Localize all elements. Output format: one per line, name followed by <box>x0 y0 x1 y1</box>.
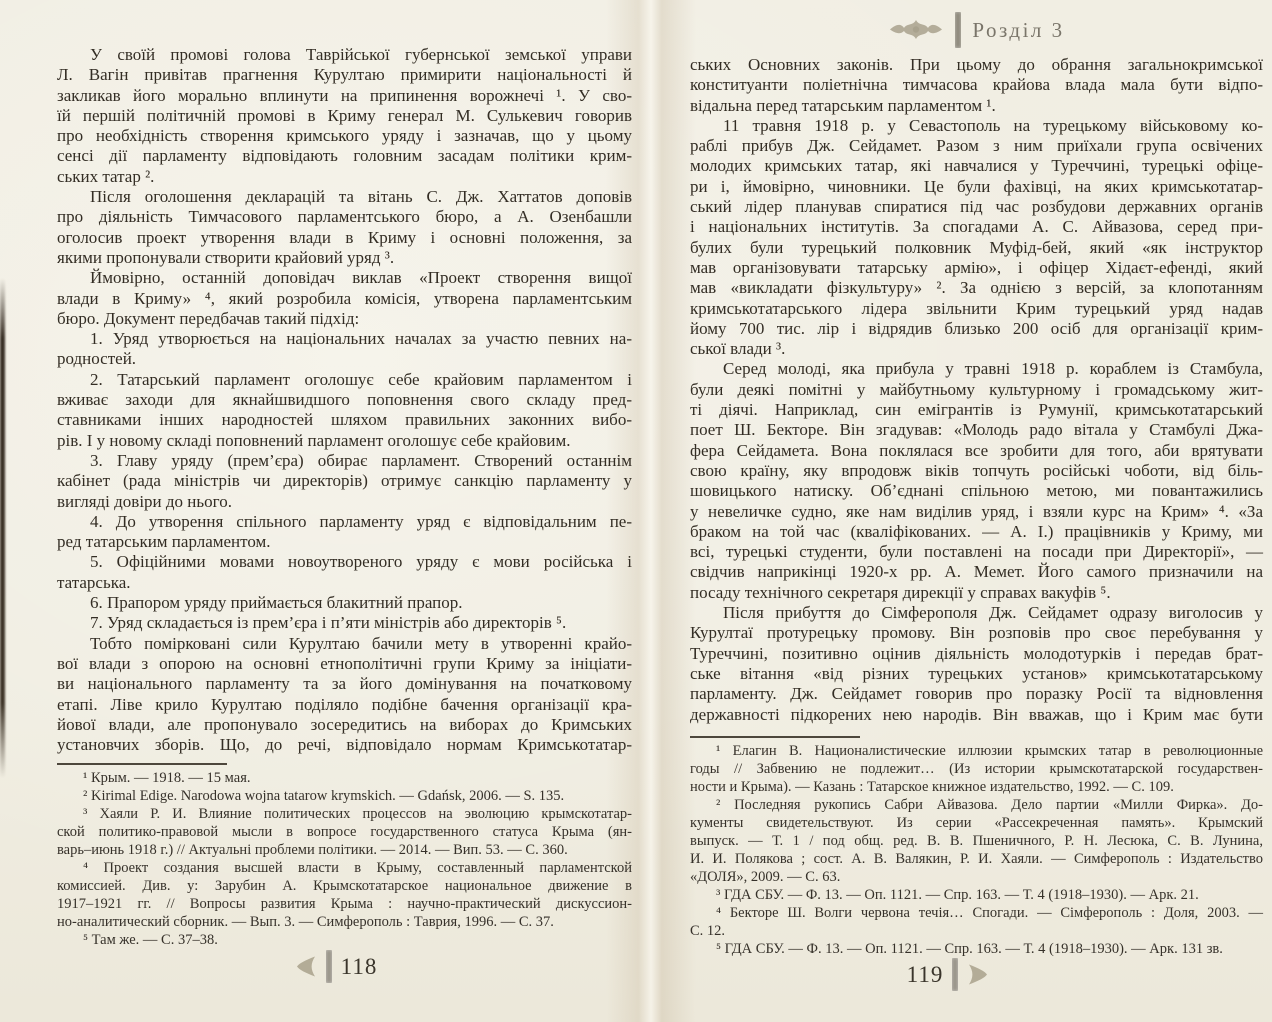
right-body-text: ських Основних законів. При цьому до обр… <box>690 55 1263 725</box>
text-line: шовицького натиску. Об’єднані спільною м… <box>690 481 1263 501</box>
text-line: но-аналитический сборник. — Вып. 3. — Си… <box>57 913 632 931</box>
text-line: установчих зборів. Що, до речі, відповід… <box>57 735 632 755</box>
text-line: ² Kirimal Edige. Narodowa wojna tatarow … <box>57 787 632 805</box>
text-line: ³ ГДА СБУ. — Ф. 13. — Оп. 1121. — Спр. 1… <box>690 886 1263 904</box>
vertical-bar-icon <box>955 12 961 48</box>
text-line: закликав його морально вплинути на припи… <box>57 86 632 106</box>
text-line: ське вітання «від різних турецьких устан… <box>690 664 1263 684</box>
text-line: Після оголошення декларацій та вітань С.… <box>57 187 632 207</box>
text-line: 1917–1921 гг. // Вопросы развития Крыма … <box>57 895 632 913</box>
text-line: ³ Хаяли Р. И. Влияние политических проце… <box>57 805 632 823</box>
text-line: свідчив наприкінці 1920-х рр. А. Мемет. … <box>690 562 1263 582</box>
text-line: державності підкорених нею народів. Він … <box>690 705 1263 725</box>
text-line: ¹ Крым. — 1918. — 15 мая. <box>57 769 632 787</box>
vertical-bar-icon <box>952 958 958 991</box>
text-line: ской политико-правовой мысли в вопросе г… <box>57 823 632 841</box>
text-line: 11 травня 1918 р. у Севастополь на турец… <box>690 116 1263 136</box>
paragraph: Тобто помірковані сили Курултаю бачили м… <box>57 634 632 756</box>
paragraph: ських Основних законів. При цьому до обр… <box>690 55 1263 116</box>
text-line: татарська. <box>57 573 632 593</box>
text-line: якими пропонували створити крайовий уряд… <box>57 248 632 268</box>
text-line: браком на той час (кваліфікованих. — А. … <box>690 522 1263 542</box>
text-line: И. И. Полякова ; сост. А. В. Валякин, Р.… <box>690 850 1263 868</box>
text-line: кабінет (рада міністрів чи директорів) о… <box>57 471 632 491</box>
text-line: всі, турецькі студенти, були поставлені … <box>690 542 1263 562</box>
paragraph: 1. Уряд утворюється на національних нача… <box>57 329 632 370</box>
text-line: ⁴ Проект создания высшей власти в Крыму,… <box>57 859 632 877</box>
paragraph: ⁵ Там же. — С. 37–38. <box>57 931 632 949</box>
text-line: ставниками інших народностей шляхом прав… <box>57 410 632 430</box>
text-line: парламенту. Дж. Сейдамет говорив про пор… <box>690 684 1263 704</box>
text-line: їй першій політичній промові в Криму ген… <box>57 106 632 126</box>
paragraph: ³ Хаяли Р. И. Влияние политических проце… <box>57 805 632 859</box>
text-line: ський лідер планував спиратися під час р… <box>690 197 1263 217</box>
paragraph: ¹ Елагин В. Националистические иллюзии к… <box>690 742 1263 796</box>
text-line: ри і, ймовірно, чиновники. Це були фахів… <box>690 177 1263 197</box>
text-line: ⁴ Бекторе Ш. Волги червона течія… Спогад… <box>690 904 1263 922</box>
left-footnotes: ¹ Крым. — 1918. — 15 мая.² Kirimal Edige… <box>57 769 632 949</box>
text-line: мав «викладати фізкультуру» ². За однією… <box>690 278 1263 298</box>
paragraph: ² Kirimal Edige. Narodowa wojna tatarow … <box>57 787 632 805</box>
text-line: С. 12. <box>690 922 1263 940</box>
text-line: выпуск. — Т. 1 / под общ. ред. В. В. Пше… <box>690 832 1263 850</box>
text-line: Л. Вагін привітав прагнення Курултаю при… <box>57 65 632 85</box>
paragraph: Після оголошення декларацій та вітань С.… <box>57 187 632 268</box>
text-line: оголосив проект утворення влади в Криму … <box>57 228 632 248</box>
text-line: ських Основних законів. При цьому до обр… <box>690 55 1263 75</box>
text-line: ської влади ³. <box>690 339 1263 359</box>
text-line: 3. Главу уряду (прем’єра) обирає парламе… <box>57 451 632 471</box>
text-line: ности и Крыма). — Казань : Татарское кни… <box>690 778 1263 796</box>
text-line: ті діячі. Наприклад, син емігрантів із Р… <box>690 400 1263 420</box>
left-page-footer: 118 <box>11 950 661 983</box>
text-line: відальна перед татарським парламентом ¹. <box>690 96 1263 116</box>
text-line: вигляді довіри до нього. <box>57 492 632 512</box>
text-line: ² Последняя рукопись Сабри Айвазова. Дел… <box>690 796 1263 814</box>
text-line: комиссией. Див. у: Зарубин А. Крымскотат… <box>57 877 632 895</box>
text-line: мав організовувати татарську армію», і о… <box>690 258 1263 278</box>
paragraph: 2. Татарський парламент оголошує себе кр… <box>57 370 632 451</box>
text-line: кримськотатарського лідера звільнити Кри… <box>690 299 1263 319</box>
text-line: свою країну, яку впродовж віків топчуть … <box>690 461 1263 481</box>
text-line: конституанти поліетнічна тимчасова крайо… <box>690 75 1263 95</box>
paragraph: ¹ Крым. — 1918. — 15 мая. <box>57 769 632 787</box>
paragraph: ³ ГДА СБУ. — Ф. 13. — Оп. 1121. — Спр. 1… <box>690 886 1263 904</box>
text-line: 6. Прапором уряду приймається блакитний … <box>57 593 632 613</box>
text-line: Курултаї протурецьку промову. Він розпов… <box>690 623 1263 643</box>
paragraph: 3. Главу уряду (прем’єра) обирає парламе… <box>57 451 632 512</box>
paragraph: ⁵ ГДА СБУ. — Ф. 13. — Оп. 1121. — Спр. 1… <box>690 940 1263 958</box>
paragraph: 6. Прапором уряду приймається блакитний … <box>57 593 632 613</box>
left-body-text: У своїй промові голова Таврійської губер… <box>57 45 632 755</box>
vertical-bar-icon <box>326 950 332 983</box>
text-line: Тобто помірковані сили Курултаю бачили м… <box>57 634 632 654</box>
paragraph: ² Последняя рукопись Сабри Айвазова. Дел… <box>690 796 1263 886</box>
text-line: родностей. <box>57 349 632 369</box>
leaf-arrow-right-icon <box>967 963 989 986</box>
text-line: раблі прибув Дж. Сейдамет. Разом з ним п… <box>690 136 1263 156</box>
paragraph: Серед молоді, яка прибула у травні 1918 … <box>690 359 1263 603</box>
page-right: Розділ 3 ських Основних законів. При цьо… <box>650 0 1272 1022</box>
text-line: 2. Татарський парламент оголошує себе кр… <box>57 370 632 390</box>
text-line: вої влади з опорою на основні етнополіти… <box>57 654 632 674</box>
text-line: фера Сейдамета. Вона поклялася все зроби… <box>690 441 1263 461</box>
chapter-title: Розділ 3 <box>972 18 1064 43</box>
text-line: йому 700 тис. лір і відрядив близько 200… <box>690 319 1263 339</box>
text-line: етапі. Ліве крило Курултаю поділяло поді… <box>57 695 632 715</box>
text-line: «ДОЛЯ», 2009. — С. 63. <box>690 868 1263 886</box>
text-line: кументы свидетельствуют. Из серии «Рассе… <box>690 814 1263 832</box>
paragraph: 4. До утворення спільного парламенту уря… <box>57 512 632 553</box>
page-number: 118 <box>341 954 378 980</box>
page-left: У своїй промові голова Таврійської губер… <box>0 0 650 1022</box>
text-line: рів. І у новому складі поповнений парлам… <box>57 431 632 451</box>
text-line: були деякі помітні у майбутньому культур… <box>690 380 1263 400</box>
text-line: 1. Уряд утворюється на національних нача… <box>57 329 632 349</box>
paragraph: 5. Офіційними мовами новоутвореного уряд… <box>57 552 632 593</box>
text-line: молодих кримських татар, які навчалися у… <box>690 156 1263 176</box>
text-line: У своїй промові голова Таврійської губер… <box>57 45 632 65</box>
left-footnote-rule <box>57 763 227 765</box>
text-line: годы // Забвению не подлежит… (Из истори… <box>690 760 1263 778</box>
chapter-header: Розділ 3 <box>690 12 1263 48</box>
right-footnotes: ¹ Елагин В. Националистические иллюзии к… <box>690 742 1263 958</box>
text-line: ред татарським парламентом. <box>57 532 632 552</box>
paragraph: ⁴ Проект создания высшей власти в Крыму,… <box>57 859 632 931</box>
paragraph: У своїй промові голова Таврійської губер… <box>57 45 632 187</box>
book-spread: У своїй промові голова Таврійської губер… <box>0 0 1272 1022</box>
text-line: ⁵ Там же. — С. 37–38. <box>57 931 632 949</box>
text-line: про діяльність Тимчасового парламентсько… <box>57 207 632 227</box>
paragraph: 11 травня 1918 р. у Севастополь на турец… <box>690 116 1263 360</box>
paragraph: Ймовірно, останній доповідач виклав «Про… <box>57 268 632 329</box>
text-line: Після прибуття до Сімферополя Дж. Сейдам… <box>690 603 1263 623</box>
text-line: сенсі дії парламенту відповідають головн… <box>57 146 632 166</box>
page-number: 119 <box>907 962 944 988</box>
text-line: варь–июнь 1918 г.) // Актуальні проблеми… <box>57 841 632 859</box>
text-line: Ймовірно, останній доповідач виклав «Про… <box>57 268 632 288</box>
paragraph: Після прибуття до Сімферополя Дж. Сейдам… <box>690 603 1263 725</box>
text-line: у невеличке судно, яке нам виділив уряд,… <box>690 502 1263 522</box>
text-line: про необхідність створення кримського ур… <box>57 126 632 146</box>
text-line: бюро. Документ передбачав такий підхід: <box>57 309 632 329</box>
paragraph: 7. Уряд складається із прем’єра і п’яти … <box>57 613 632 633</box>
text-line: 7. Уряд складається із прем’єра і п’яти … <box>57 613 632 633</box>
leaf-arrow-left-icon <box>295 955 317 978</box>
text-line: посаду технічного секретаря дирекції у с… <box>690 583 1263 603</box>
paragraph: ⁴ Бекторе Ш. Волги червона течія… Спогад… <box>690 904 1263 940</box>
floral-flourish-icon <box>888 17 944 43</box>
text-line: ⁵ ГДА СБУ. — Ф. 13. — Оп. 1121. — Спр. 1… <box>690 940 1263 958</box>
text-line: влади в Криму» ⁴, який розробила комісія… <box>57 289 632 309</box>
text-line: вживає заходи для якнайшвидшого поповнен… <box>57 390 632 410</box>
text-line: ських татар ². <box>57 167 632 187</box>
text-line: поет Ш. Бекторе. Він згадував: «Молодь р… <box>690 420 1263 440</box>
right-footnote-rule <box>690 736 860 738</box>
right-page-footer: 119 <box>637 958 1259 991</box>
text-line: і національних інститутів. За спогадами … <box>690 217 1263 237</box>
text-line: ви національного парламенту та за його д… <box>57 674 632 694</box>
text-line: йової влади, але пропонувало зосередитис… <box>57 715 632 735</box>
text-line: булих були турецький полковник Муфід-бей… <box>690 238 1263 258</box>
text-line: Туреччині, позитивно оцінив діяльність м… <box>690 644 1263 664</box>
text-line: 5. Офіційними мовами новоутвореного уряд… <box>57 552 632 572</box>
text-line: ¹ Елагин В. Националистические иллюзии к… <box>690 742 1263 760</box>
text-line: Серед молоді, яка прибула у травні 1918 … <box>690 359 1263 379</box>
text-line: 4. До утворення спільного парламенту уря… <box>57 512 632 532</box>
